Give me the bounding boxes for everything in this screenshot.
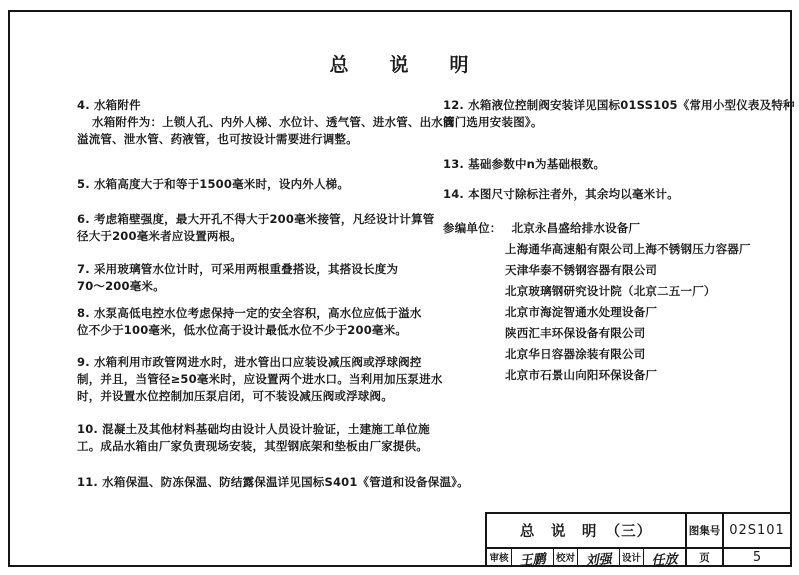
note-item-4: 4. 水箱附件 水箱附件为：上锁人孔、内外人梯、水位计、透气管、进水管、出水管 …: [77, 97, 425, 148]
note-line: 7. 采用玻璃管水位计时，可采用两根重叠搭设，其搭设长度为: [77, 261, 425, 278]
signature-group: 审核 王鹏 校对 刘强 设计 任放: [487, 549, 687, 565]
checker-label: 校对: [553, 549, 578, 565]
sheet-title: 总 说 明 （三）: [487, 514, 687, 547]
note-item-7: 7. 采用玻璃管水位计时，可采用两根重叠搭设，其搭设长度为 70～200毫米。: [77, 261, 425, 295]
note-line: 阀门选用安装图》。: [443, 114, 795, 131]
title-block-row-top: 总 说 明 （三） 图集号 02S101: [487, 514, 790, 547]
page-number-value: 5: [724, 549, 790, 565]
page-title: 总 说 明: [0, 50, 799, 77]
note-item-8: 8. 水泵高低电控水位考虑保持一定的安全容积，高水位应低于溢水 位不少于100毫…: [77, 305, 425, 339]
participating-org: 陕西汇丰环保设备有限公司: [443, 323, 795, 344]
page-number-label: 页: [687, 549, 724, 565]
note-item-13: 13. 基础参数中n为基础根数。: [443, 156, 795, 173]
participating-org: 北京玻璃钢研究设计院（北京二五一厂）: [443, 281, 795, 302]
participating-org: 北京华日容器涂装有限公司: [443, 344, 795, 365]
note-line: 13. 基础参数中n为基础根数。: [443, 156, 795, 173]
note-line: 位不少于100毫米，低水位高于设计最低水位不少于200毫米。: [77, 322, 425, 339]
note-line: 径大于200毫米者应设置两根。: [77, 228, 425, 245]
note-line: 5. 水箱高度大于和等于1500毫米时，设内外人梯。: [77, 176, 425, 193]
designer-signature: 任放: [643, 549, 685, 568]
note-item-10: 10. 混凝土及其他材料基础均由设计人员设计验证，土建施工单位施 工。成品水箱由…: [77, 421, 425, 455]
note-line: 11. 水箱保温、防冻保温、防结露保温详见国标S401《管道和设备保温》。: [77, 474, 425, 491]
note-line: 溢流管、泄水管、药液管，也可按设计需要进行调整。: [77, 131, 425, 148]
note-item-11: 11. 水箱保温、防冻保温、防结露保温详见国标S401《管道和设备保温》。: [77, 474, 425, 491]
note-line: 10. 混凝土及其他材料基础均由设计人员设计验证，土建施工单位施: [77, 421, 425, 438]
participating-org: 天津华泰不锈钢容器有限公司: [443, 260, 795, 281]
note-line: 70～200毫米。: [77, 278, 425, 295]
participating-org: 北京永昌盛给排水设备厂: [502, 218, 641, 239]
note-line: 12. 水箱液位控制阀安装详见国标01SS105《常用小型仪表及特种: [443, 97, 795, 114]
atlas-number-label: 图集号: [687, 514, 724, 547]
note-item-5: 5. 水箱高度大于和等于1500毫米时，设内外人梯。: [77, 176, 425, 193]
participating-org: 北京市石景山向阳环保设备厂: [443, 365, 795, 386]
note-line: 水箱附件为：上锁人孔、内外人梯、水位计、透气管、进水管、出水管: [77, 114, 425, 131]
note-line: 6. 考虑箱壁强度，最大开孔不得大于200毫米接管，凡经设计计算管: [77, 211, 425, 228]
note-line: 9. 水箱利用市政管网进水时，进水管出口应装设减压阀或浮球阀控: [77, 354, 425, 371]
participating-units-row: 参编单位： 北京永昌盛给排水设备厂: [443, 218, 795, 239]
note-line: 工。成品水箱由厂家负责现场安装，其型钢底架和垫板由厂家提供。: [77, 438, 425, 455]
atlas-number-value: 02S101: [724, 514, 790, 547]
checker-signature: 刘强: [577, 549, 619, 568]
participating-units-label: 参编单位：: [443, 218, 502, 239]
participating-org: 上海通华高速船有限公司上海不锈钢压力容器厂: [443, 239, 795, 260]
note-line: 14. 本图尺寸除标注者外，其余均以毫米计。: [443, 186, 795, 203]
notes-column-left: 4. 水箱附件 水箱附件为：上锁人孔、内外人梯、水位计、透气管、进水管、出水管 …: [77, 97, 425, 507]
reviewer-signature: 王鹏: [511, 549, 553, 568]
participating-org: 北京市海淀智通水处理设备厂: [443, 302, 795, 323]
title-block-row-bottom: 审核 王鹏 校对 刘强 设计 任放 页 5: [487, 547, 790, 565]
reviewer-label: 审核: [487, 549, 512, 565]
notes-column-right: 12. 水箱液位控制阀安装详见国标01SS105《常用小型仪表及特种 阀门选用安…: [443, 97, 795, 386]
note-line: 8. 水泵高低电控水位考虑保持一定的安全容积，高水位应低于溢水: [77, 305, 425, 322]
note-line: 时，并设置水位控制加压泵启闭，可不装设减压阀或浮球阀。: [77, 388, 425, 405]
drawing-title-block: 总 说 明 （三） 图集号 02S101 审核 王鹏 校对 刘强 设计 任放 页…: [485, 512, 792, 567]
participating-units-list: 参编单位： 北京永昌盛给排水设备厂 上海通华高速船有限公司上海不锈钢压力容器厂 …: [443, 218, 795, 386]
note-item-14: 14. 本图尺寸除标注者外，其余均以毫米计。: [443, 186, 795, 203]
note-item-6: 6. 考虑箱壁强度，最大开孔不得大于200毫米接管，凡经设计计算管 径大于200…: [77, 211, 425, 245]
note-line: 4. 水箱附件: [77, 97, 425, 114]
designer-label: 设计: [619, 549, 644, 565]
note-item-9: 9. 水箱利用市政管网进水时，进水管出口应装设减压阀或浮球阀控 制，并且，当管径…: [77, 354, 425, 405]
note-line: 制，并且，当管径≥50毫米时，应设置两个进水口。当利用加压泵进水: [77, 371, 425, 388]
note-item-12: 12. 水箱液位控制阀安装详见国标01SS105《常用小型仪表及特种 阀门选用安…: [443, 97, 795, 131]
